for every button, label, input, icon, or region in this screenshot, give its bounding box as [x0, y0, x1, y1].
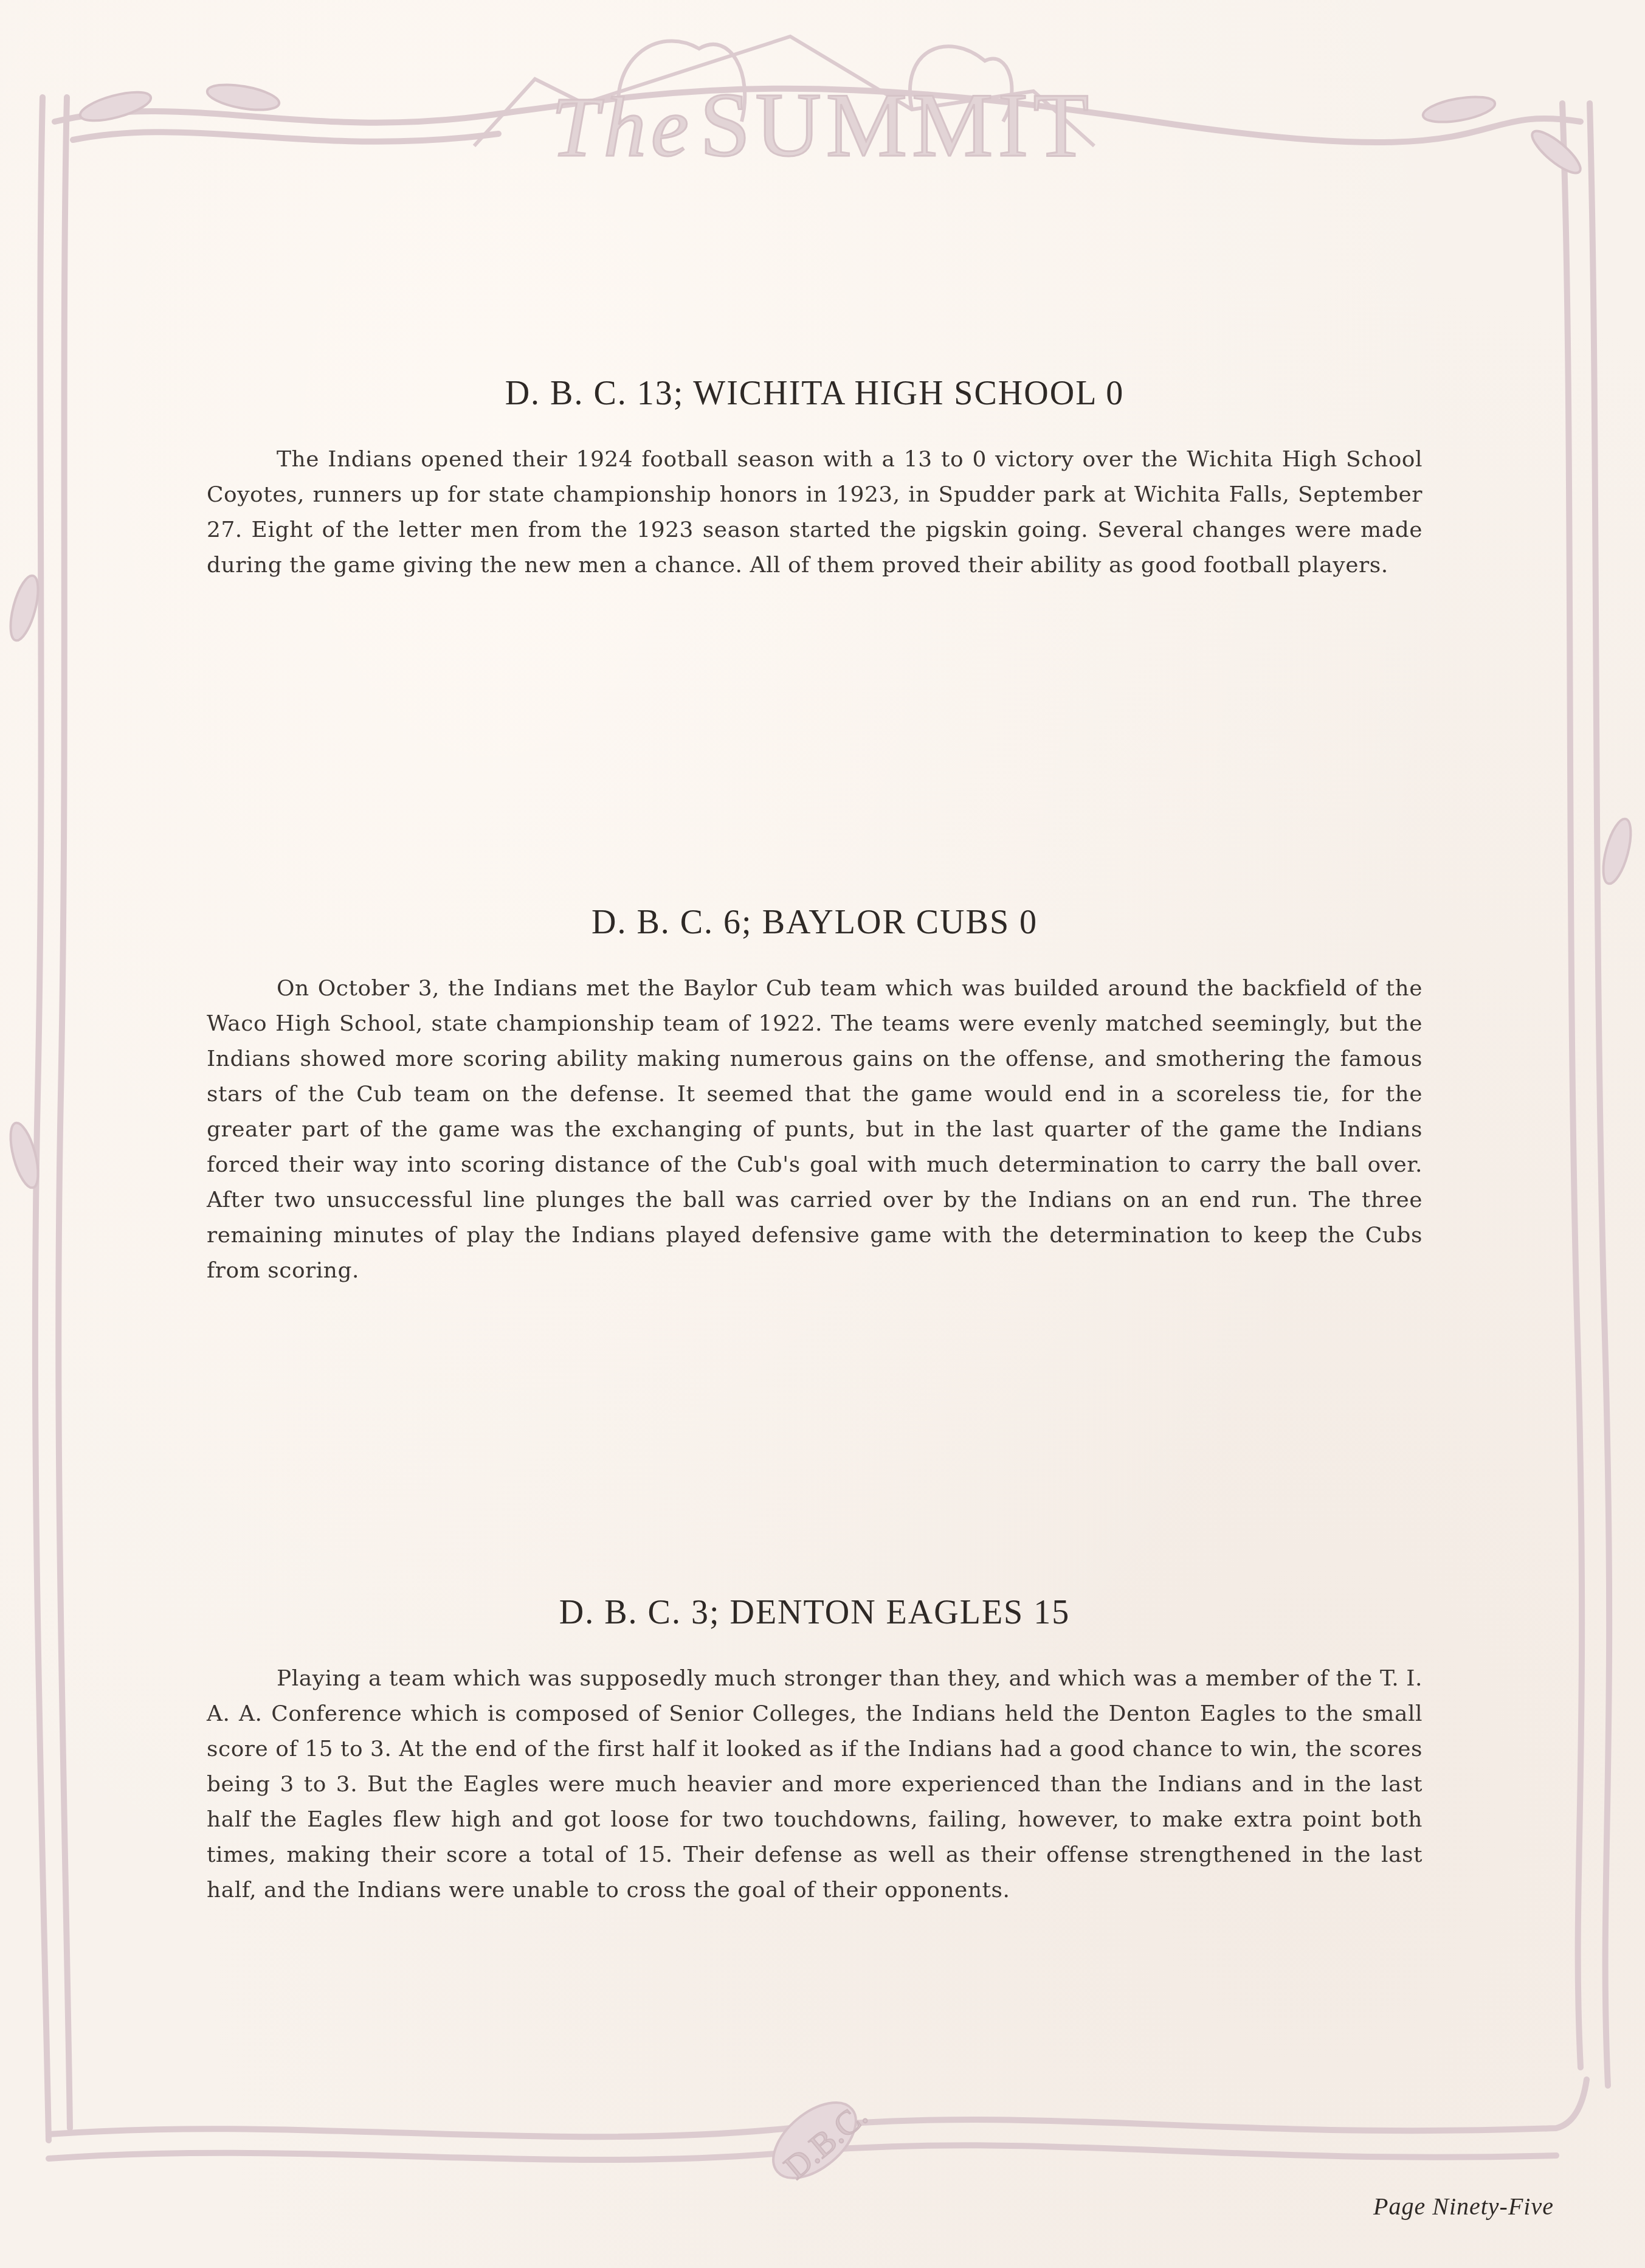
masthead-title: SUMMIT [700, 75, 1094, 176]
game-report-denton: D. B. C. 3; DENTON EAGLES 15 Playing a t… [207, 1593, 1423, 1908]
section-body: The Indians opened their 1924 football s… [207, 442, 1423, 583]
masthead-logo: TheSUMMIT [0, 73, 1645, 178]
game-report-baylor: D. B. C. 6; BAYLOR CUBS 0 On October 3, … [207, 903, 1423, 1288]
game-report-wichita: D. B. C. 13; WICHITA HIGH SCHOOL 0 The I… [207, 374, 1423, 583]
page-number: Page Ninety-Five [1373, 2192, 1554, 2221]
masthead-prefix: The [551, 80, 694, 175]
section-body: On October 3, the Indians met the Baylor… [207, 971, 1423, 1288]
section-heading: D. B. C. 13; WICHITA HIGH SCHOOL 0 [207, 374, 1423, 413]
section-body: Playing a team which was supposedly much… [207, 1661, 1423, 1908]
section-heading: D. B. C. 6; BAYLOR CUBS 0 [207, 903, 1423, 942]
section-heading: D. B. C. 3; DENTON EAGLES 15 [207, 1593, 1423, 1632]
